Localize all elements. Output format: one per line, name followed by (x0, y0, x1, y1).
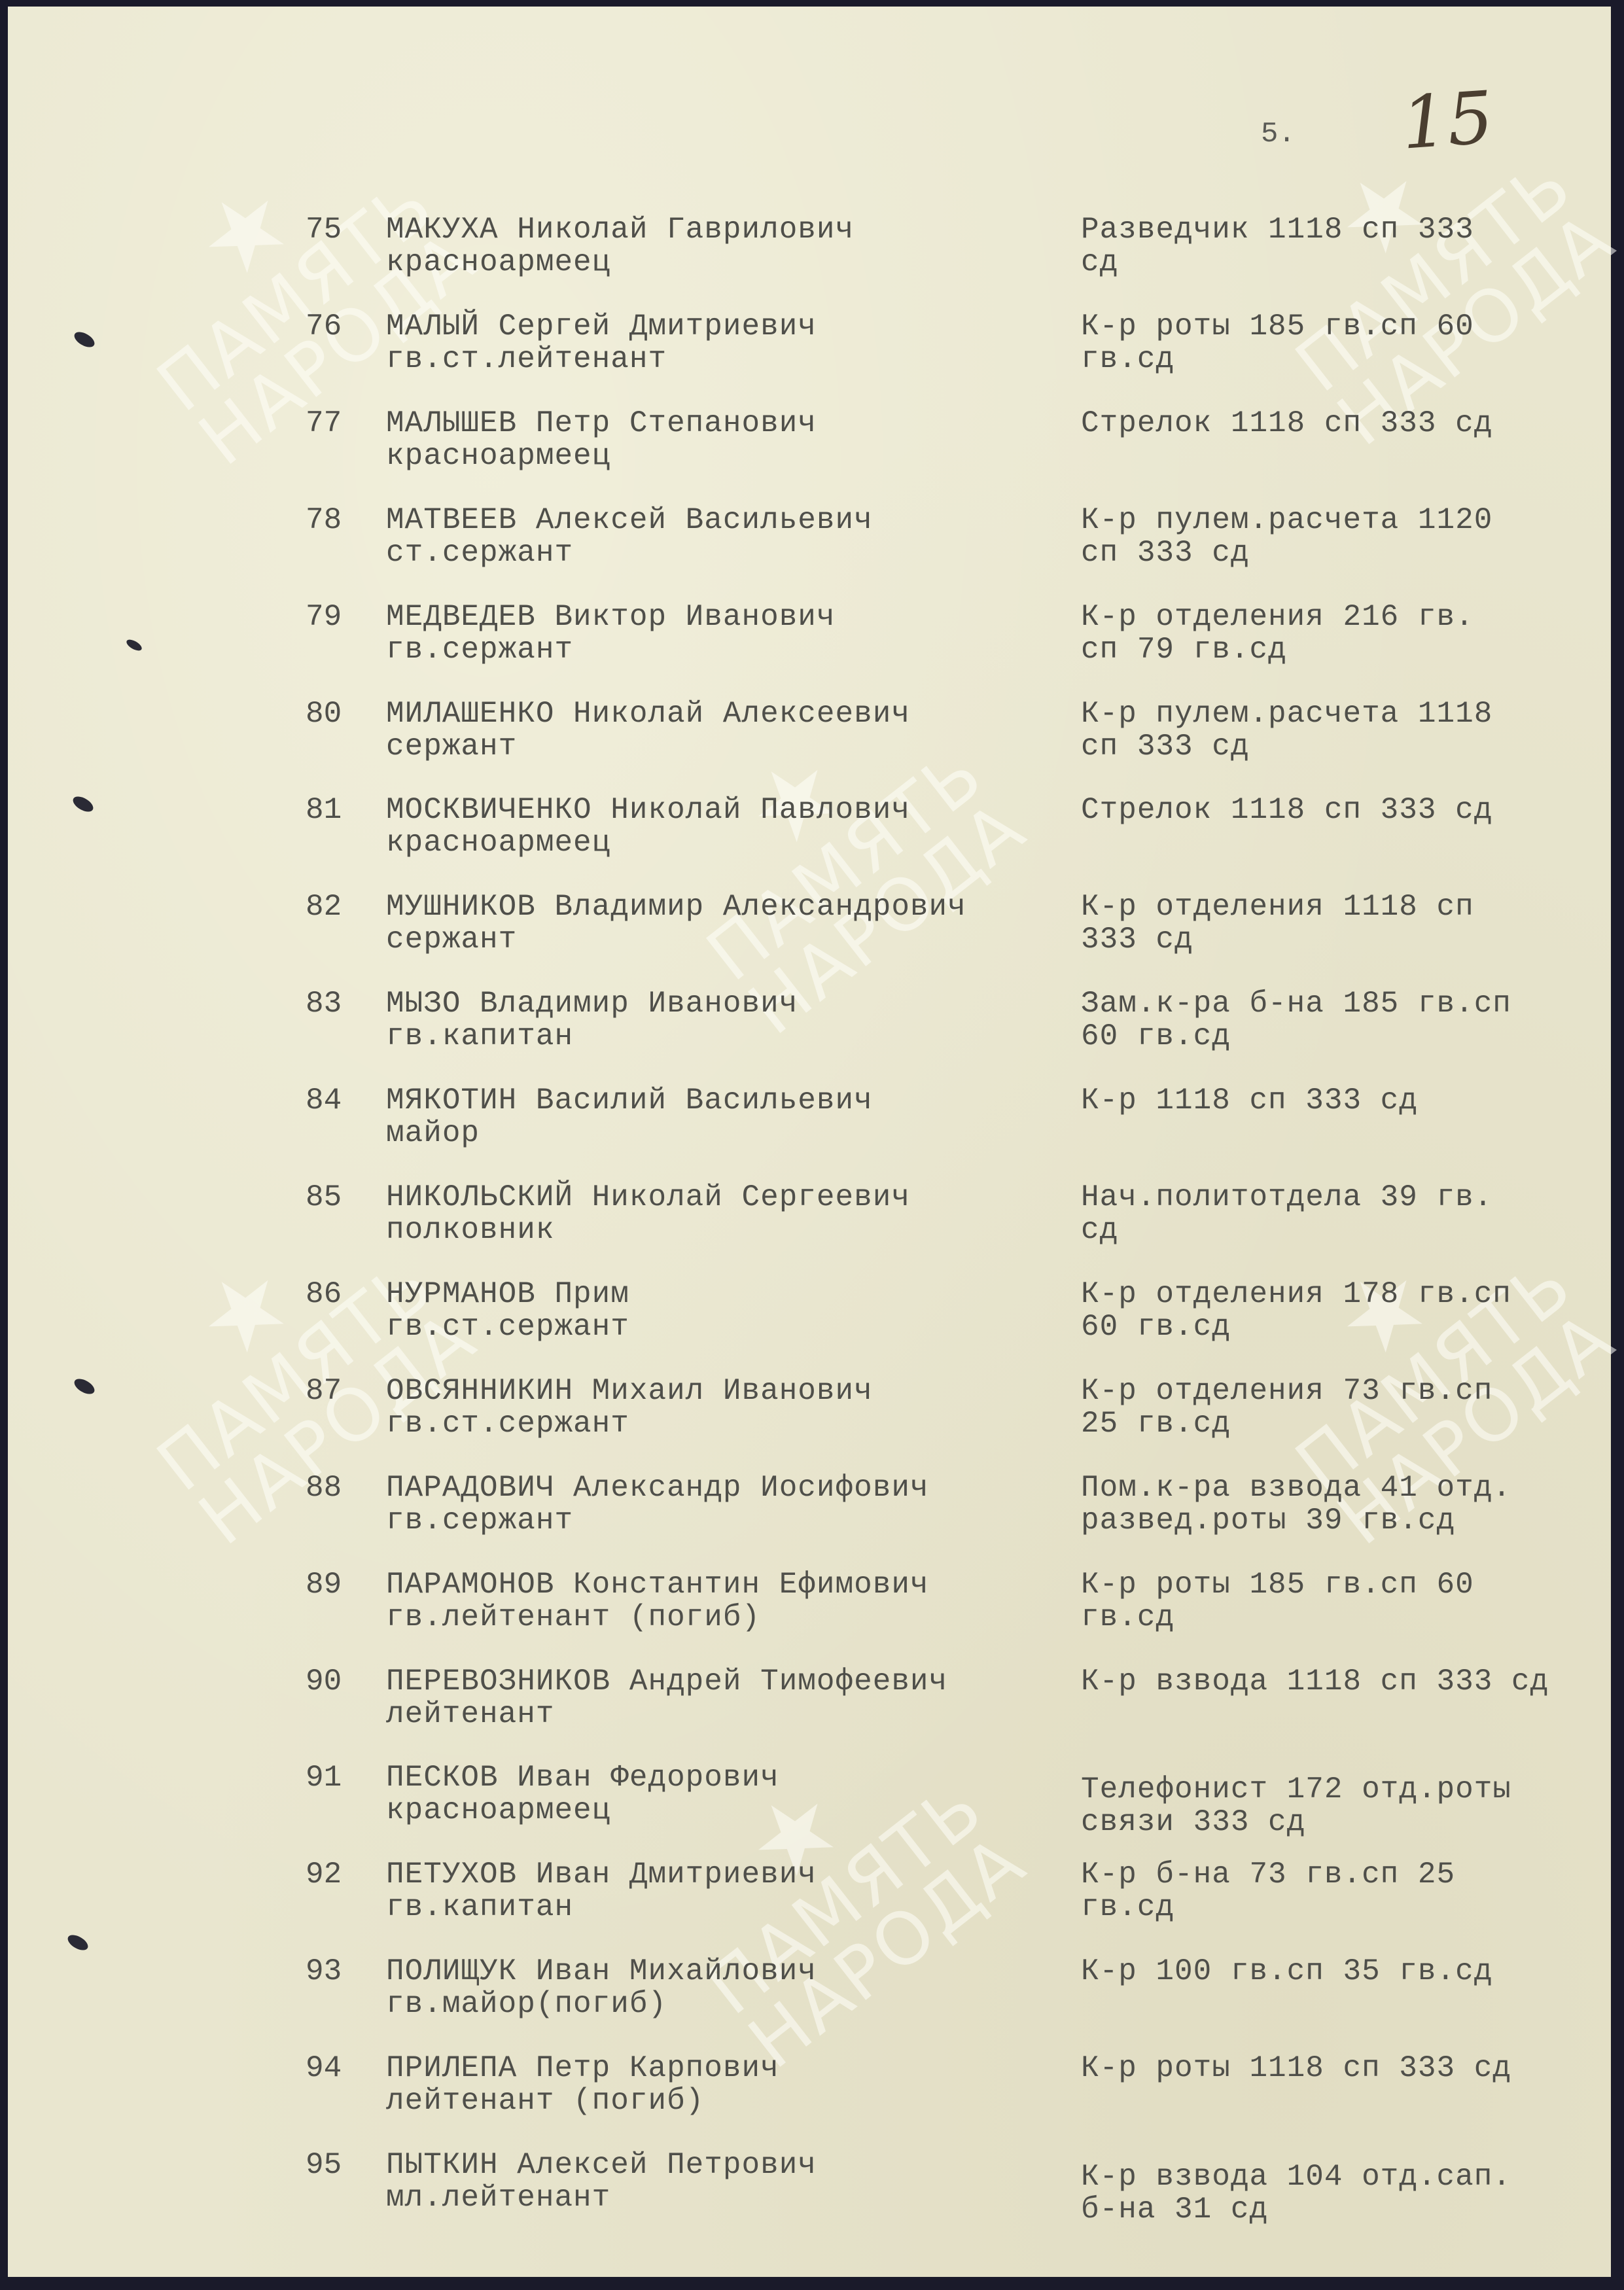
entry-number: 80 (306, 697, 342, 731)
military-rank: гв.капитан (386, 1019, 573, 1053)
person-name: МУШНИКОВ Владимир Александрович (386, 890, 966, 924)
list-item: 78МАТВЕЕВ Алексей Васильевичст.сержантК-… (8, 503, 1611, 595)
list-item: 82МУШНИКОВ Владимир Александровичсержант… (8, 890, 1611, 981)
person-name: МАЛЫШЕВ Петр Степанович (386, 406, 817, 440)
unit-line-1: К-р отделения 73 гв.сп (1081, 1374, 1492, 1408)
unit-line-2: сд (1081, 245, 1118, 279)
list-item: 77МАЛЫШЕВ Петр СтепановичкрасноармеецСтр… (8, 406, 1611, 498)
star-icon: ★ (1227, 75, 1541, 349)
unit-line-1: К-р отделения 178 гв.сп (1081, 1277, 1511, 1311)
person-name: ПРИЛЕПА Петр Карпович (386, 2051, 779, 2085)
entry-number: 95 (306, 2148, 342, 2182)
page-number: 5. (1261, 118, 1296, 150)
unit-line-2: сп 333 сд (1081, 730, 1249, 764)
unit-line-1: К-р роты 185 гв.сп 60 (1081, 309, 1474, 343)
unit-line-2: гв.сд (1081, 1600, 1174, 1634)
person-name: МЫЗО Владимир Иванович (386, 987, 798, 1021)
person-name: ПЫТКИН Алексей Петрович (386, 2148, 817, 2182)
unit-line-2: б-на 31 сд (1081, 2193, 1268, 2227)
unit-line-2: гв.сд (1081, 342, 1174, 376)
person-name: ПАРАМОНОВ Константин Ефимович (386, 1568, 929, 1602)
unit-line-1: Зам.к-ра б-на 185 гв.сп (1081, 987, 1511, 1021)
unit-line-1: К-р отделения 216 гв. (1081, 600, 1474, 634)
list-item: 92ПЕТУХОВ Иван Дмитриевичгв.капитанК-р б… (8, 1858, 1611, 1949)
unit-line-2: 60 гв.сд (1081, 1019, 1231, 1053)
military-rank: лейтенант (386, 1697, 554, 1731)
unit-line-2: 333 сд (1081, 923, 1193, 957)
entry-number: 82 (306, 890, 342, 924)
entry-number: 81 (306, 793, 342, 827)
entry-number: 75 (306, 213, 342, 247)
unit-line-1: К-р пулем.расчета 1118 (1081, 697, 1492, 731)
unit-line-1: Разведчик 1118 сп 333 (1081, 213, 1474, 247)
person-name: МЕДВЕДЕВ Виктор Иванович (386, 600, 836, 634)
list-item: 86НУРМАНОВ Примгв.ст.сержантК-р отделени… (8, 1277, 1611, 1369)
entry-number: 87 (306, 1374, 342, 1408)
handwritten-sheet-number: 15 (1399, 75, 1496, 165)
unit-line-1: К-р 1118 сп 333 сд (1081, 1083, 1418, 1118)
unit-line-1: Стрелок 1118 сп 333 сд (1081, 793, 1492, 827)
military-rank: сержант (386, 923, 517, 957)
document-page: ★ ПАМЯТЬ НАРОДА ★ ПАМЯТЬ НАРОДА ★ ПАМЯТЬ… (8, 7, 1611, 2277)
list-item: 84МЯКОТИН Василий ВасильевичмайорК-р 111… (8, 1083, 1611, 1175)
entry-number: 85 (306, 1180, 342, 1214)
unit-line-1: Телефонист 172 отд.роты (1081, 1772, 1511, 1806)
unit-line-2: 25 гв.сд (1081, 1407, 1231, 1441)
list-item: 90ПЕРЕВОЗНИКОВ Андрей Тимофеевичлейтенан… (8, 1665, 1611, 1756)
person-name: ПЕТУХОВ Иван Дмитриевич (386, 1858, 817, 1892)
military-rank: сержант (386, 730, 517, 764)
unit-line-1: К-р взвода 1118 сп 333 сд (1081, 1665, 1549, 1699)
entry-number: 91 (306, 1761, 342, 1795)
person-name: ПЕРЕВОЗНИКОВ Андрей Тимофеевич (386, 1665, 947, 1699)
unit-line-1: К-р взвода 104 отд.сап. (1081, 2160, 1511, 2194)
list-item: 94ПРИЛЕПА Петр Карповичлейтенант (погиб)… (8, 2051, 1611, 2143)
person-name: МОСКВИЧЕНКО Николай Павлович (386, 793, 910, 827)
entry-number: 76 (306, 309, 342, 343)
list-item: 75МАКУХА Николай ГавриловичкрасноармеецР… (8, 213, 1611, 304)
entry-number: 83 (306, 987, 342, 1021)
unit-line-1: К-р отделения 1118 сп (1081, 890, 1474, 924)
entry-number: 86 (306, 1277, 342, 1311)
military-rank: мл.лейтенант (386, 2181, 610, 2215)
unit-line-1: К-р пулем.расчета 1120 (1081, 503, 1492, 537)
military-rank: красноармеец (386, 245, 610, 279)
entry-number: 77 (306, 406, 342, 440)
list-item: 93ПОЛИЩУК Иван Михайловичгв.майор(погиб)… (8, 1954, 1611, 2046)
unit-line-2: сп 79 гв.сд (1081, 633, 1287, 667)
military-rank: гв.сержант (386, 633, 573, 667)
unit-line-1: Пом.к-ра взвода 41 отд. (1081, 1471, 1511, 1505)
list-item: 85НИКОЛЬСКИЙ Николай СергеевичполковникН… (8, 1180, 1611, 1272)
military-rank: красноармеец (386, 439, 610, 473)
entry-number: 89 (306, 1568, 342, 1602)
list-item: 89ПАРАМОНОВ Константин Ефимовичгв.лейтен… (8, 1568, 1611, 1659)
entry-number: 90 (306, 1665, 342, 1699)
person-name: ПОЛИЩУК Иван Михайлович (386, 1954, 817, 1988)
unit-line-2: 60 гв.сд (1081, 1310, 1231, 1344)
person-name: НУРМАНОВ Прим (386, 1277, 629, 1311)
unit-line-1: Стрелок 1118 сп 333 сд (1081, 406, 1492, 440)
unit-line-1: К-р роты 1118 сп 333 сд (1081, 2051, 1511, 2085)
unit-line-1: К-р 100 гв.сп 35 гв.сд (1081, 1954, 1492, 1988)
person-name: ОВСЯННИКИН Михаил Иванович (386, 1374, 873, 1408)
entry-number: 93 (306, 1954, 342, 1988)
list-item: 80МИЛАШЕНКО Николай АлексеевичсержантК-р… (8, 697, 1611, 788)
list-item: 87ОВСЯННИКИН Михаил Ивановичгв.ст.сержан… (8, 1374, 1611, 1466)
military-rank: гв.лейтенант (погиб) (386, 1600, 760, 1634)
entry-number: 92 (306, 1858, 342, 1892)
list-item: 79МЕДВЕДЕВ Виктор Ивановичгв.сержантК-р … (8, 600, 1611, 692)
military-rank: лейтенант (погиб) (386, 2084, 704, 2118)
entry-number: 78 (306, 503, 342, 537)
list-item: 81МОСКВИЧЕНКО Николай Павловичкрасноарме… (8, 793, 1611, 885)
entry-number: 94 (306, 2051, 342, 2085)
entry-number: 84 (306, 1083, 342, 1118)
unit-line-1: К-р б-на 73 гв.сп 25 (1081, 1858, 1455, 1892)
person-name: НИКОЛЬСКИЙ Николай Сергеевич (386, 1180, 910, 1214)
entry-number: 88 (306, 1471, 342, 1505)
person-name: МЯКОТИН Василий Васильевич (386, 1083, 873, 1118)
unit-line-2: связи 333 сд (1081, 1805, 1305, 1839)
military-rank: гв.ст.сержант (386, 1310, 629, 1344)
military-rank: красноармеец (386, 826, 610, 860)
unit-line-1: К-р роты 185 гв.сп 60 (1081, 1568, 1474, 1602)
person-name: ПЕСКОВ Иван Федорович (386, 1761, 779, 1795)
military-rank: гв.майор(погиб) (386, 1987, 667, 2021)
list-item: 95ПЫТКИН Алексей Петровичмл.лейтенантК-р… (8, 2148, 1611, 2240)
military-rank: майор (386, 1116, 480, 1150)
list-item: 83МЫЗО Владимир Ивановичгв.капитанЗам.к-… (8, 987, 1611, 1078)
military-rank: гв.сержант (386, 1504, 573, 1538)
list-item: 76МАЛЫЙ Сергей Дмитриевичгв.ст.лейтенант… (8, 309, 1611, 401)
military-rank: гв.капитан (386, 1890, 573, 1924)
military-rank: красноармеец (386, 1793, 610, 1827)
list-item: 88ПАРАДОВИЧ Александр Иосифовичгв.сержан… (8, 1471, 1611, 1562)
military-rank: полковник (386, 1213, 554, 1247)
military-rank: ст.сержант (386, 536, 573, 570)
list-item: 91ПЕСКОВ Иван ФедоровичкрасноармеецТелеф… (8, 1761, 1611, 1852)
unit-line-2: сп 333 сд (1081, 536, 1249, 570)
entry-number: 79 (306, 600, 342, 634)
person-name: МИЛАШЕНКО Николай Алексеевич (386, 697, 910, 731)
person-name: ПАРАДОВИЧ Александр Иосифович (386, 1471, 929, 1505)
military-rank: гв.ст.лейтенант (386, 342, 667, 376)
unit-line-2: сд (1081, 1213, 1118, 1247)
unit-line-1: Нач.политотдела 39 гв. (1081, 1180, 1492, 1214)
person-name: МАЛЫЙ Сергей Дмитриевич (386, 309, 817, 343)
person-name: МАКУХА Николай Гаврилович (386, 213, 854, 247)
person-name: МАТВЕЕВ Алексей Васильевич (386, 503, 873, 537)
military-rank: гв.ст.сержант (386, 1407, 629, 1441)
unit-line-2: развед.роты 39 гв.сд (1081, 1504, 1455, 1538)
unit-line-2: гв.сд (1081, 1890, 1174, 1924)
